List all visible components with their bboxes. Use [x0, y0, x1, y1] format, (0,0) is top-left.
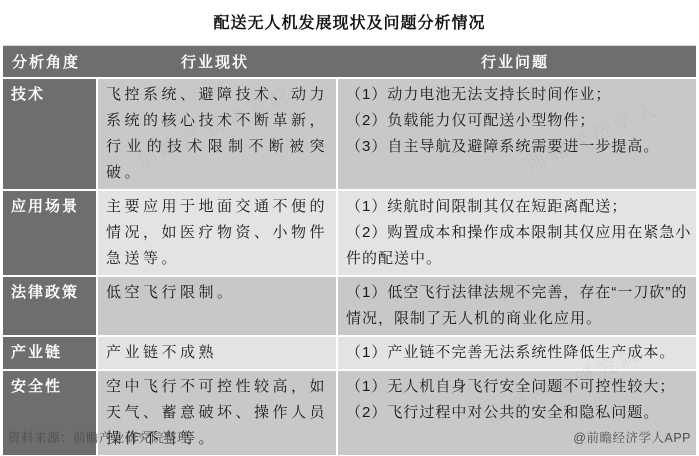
column-header-industry-problems: 行业问题: [334, 51, 696, 72]
problem-item: （2）负载能力仅可配送小型物件；: [346, 108, 692, 134]
angle-cell: 产业链: [3, 337, 96, 369]
table-header-row: 分析角度 行业现状 行业问题: [3, 46, 696, 77]
table-row-technology: 技术 飞控系统、避障技术、动力系统的核心技术不断革新，行业的技术限制不断被突破。…: [3, 79, 696, 189]
problem-item: （1）续航时间限制其仅在短距离配送；: [346, 194, 692, 220]
problems-cell: （1）低空飞行法律法规不完善，存在“一刀砍”的情况，限制了无人机的商业化应用。: [338, 277, 696, 335]
problem-item: （3）自主导航及避障系统需要进一步提高。: [346, 134, 692, 160]
table-row-application-scenario: 应用场景 主要应用于地面交通不便的情况，如医疗物资、小物件急送等。 （1）续航时…: [3, 191, 696, 275]
table-row-industry-chain: 产业链 产业链不成熟 （1）产业链不完善无法系统性降低生产成本。: [3, 337, 696, 369]
report-page: 前瞻产业研究院 前瞻经济学人 前瞻产业研究院 配送无人机发展现状及问题分析情况 …: [0, 0, 699, 456]
problems-cell: （1）产业链不完善无法系统性降低生产成本。: [338, 337, 696, 369]
problem-item: （1）产业链不完善无法系统性降低生产成本。: [346, 340, 692, 366]
analysis-table: 分析角度 行业现状 行业问题 技术 飞控系统、避障技术、动力系统的核心技术不断革…: [3, 45, 696, 455]
problem-item: （1）动力电池无法支持长时间作业；: [346, 82, 692, 108]
status-cell: 产业链不成熟: [98, 337, 336, 369]
problems-cell: （1）续航时间限制其仅在短距离配送； （2）购置成本和操作成本限制其仅应用在紧急…: [338, 191, 696, 275]
app-credit: @前瞻经济学人APP: [573, 428, 691, 446]
status-cell: 低空飞行限制。: [98, 277, 336, 335]
problem-item: （2）购置成本和操作成本限制其仅应用在紧急小件的配送中。: [346, 220, 692, 272]
angle-cell: 技术: [3, 79, 96, 189]
problem-item: （1）低空飞行法律法规不完善，存在“一刀砍”的情况，限制了无人机的商业化应用。: [346, 280, 692, 332]
angle-cell: 应用场景: [3, 191, 96, 275]
status-cell: 主要应用于地面交通不便的情况，如医疗物资、小物件急送等。: [98, 191, 336, 275]
page-title: 配送无人机发展现状及问题分析情况: [3, 10, 696, 33]
problem-item: （2）飞行过程中对公共的安全和隐私问题。: [346, 400, 692, 426]
column-header-analysis-angle: 分析角度: [3, 51, 96, 72]
source-note: 资料来源：前瞻产业研究院整理: [8, 428, 190, 446]
problem-item: （1）无人机自身飞行安全问题不可控性较大；: [346, 374, 692, 400]
status-cell: 飞控系统、避障技术、动力系统的核心技术不断革新，行业的技术限制不断被突破。: [98, 79, 336, 189]
footer: 资料来源：前瞻产业研究院整理 @前瞻经济学人APP: [0, 428, 699, 446]
angle-cell: 法律政策: [3, 277, 96, 335]
table-row-legal-policy: 法律政策 低空飞行限制。 （1）低空飞行法律法规不完善，存在“一刀砍”的情况，限…: [3, 277, 696, 335]
problems-cell: （1）动力电池无法支持长时间作业； （2）负载能力仅可配送小型物件； （3）自主…: [338, 79, 696, 189]
column-header-industry-status: 行业现状: [96, 51, 334, 72]
